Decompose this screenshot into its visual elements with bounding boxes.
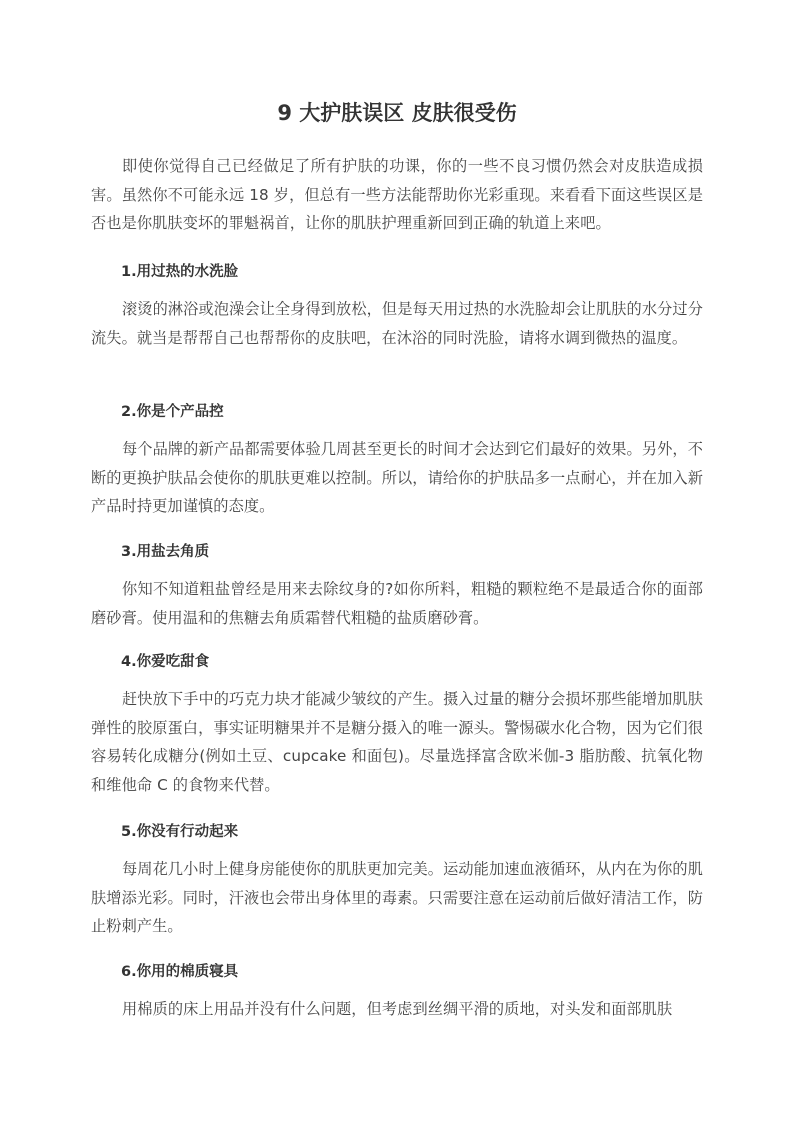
section-heading-4: 4.你爱吃甜食 [121,652,209,672]
section-body-4: 赶快放下手中的巧克力块才能减少皱纹的产生。摄入过量的糖分会损坏那些能增加肌肤弹性… [91,685,703,799]
intro-paragraph: 即使你觉得自己已经做足了所有护肤的功课，你的一些不良习惯仍然会对皮肤造成损害。虽… [91,152,703,238]
section-heading-5: 5.你没有行动起来 [121,822,238,842]
section-heading-2: 2.你是个产品控 [121,402,224,422]
section-heading-3: 3.用盐去角质 [121,542,209,562]
section-body-1: 滚烫的淋浴或泡澡会让全身得到放松，但是每天用过热的水洗脸却会让肌肤的水分过分流失… [91,295,703,352]
page-title: 9 大护肤误区 皮肤很受伤 [91,98,703,128]
section-heading-1: 1.用过热的水洗脸 [121,262,238,282]
section-body-3: 你知不知道粗盐曾经是用来去除纹身的?如你所料，粗糙的颗粒绝不是最适合你的面部磨砂… [91,575,703,632]
section-body-6: 用棉质的床上用品并没有什么问题，但考虑到丝绸平滑的质地，对头发和面部肌肤 [91,995,703,1024]
section-body-2: 每个品牌的新产品都需要体验几周甚至更长的时间才会达到它们最好的效果。另外，不断的… [91,435,703,521]
section-body-5: 每周花几小时上健身房能使你的肌肤更加完美。运动能加速血液循环，从内在为你的肌肤增… [91,855,703,941]
section-heading-6: 6.你用的棉质寝具 [121,962,238,982]
